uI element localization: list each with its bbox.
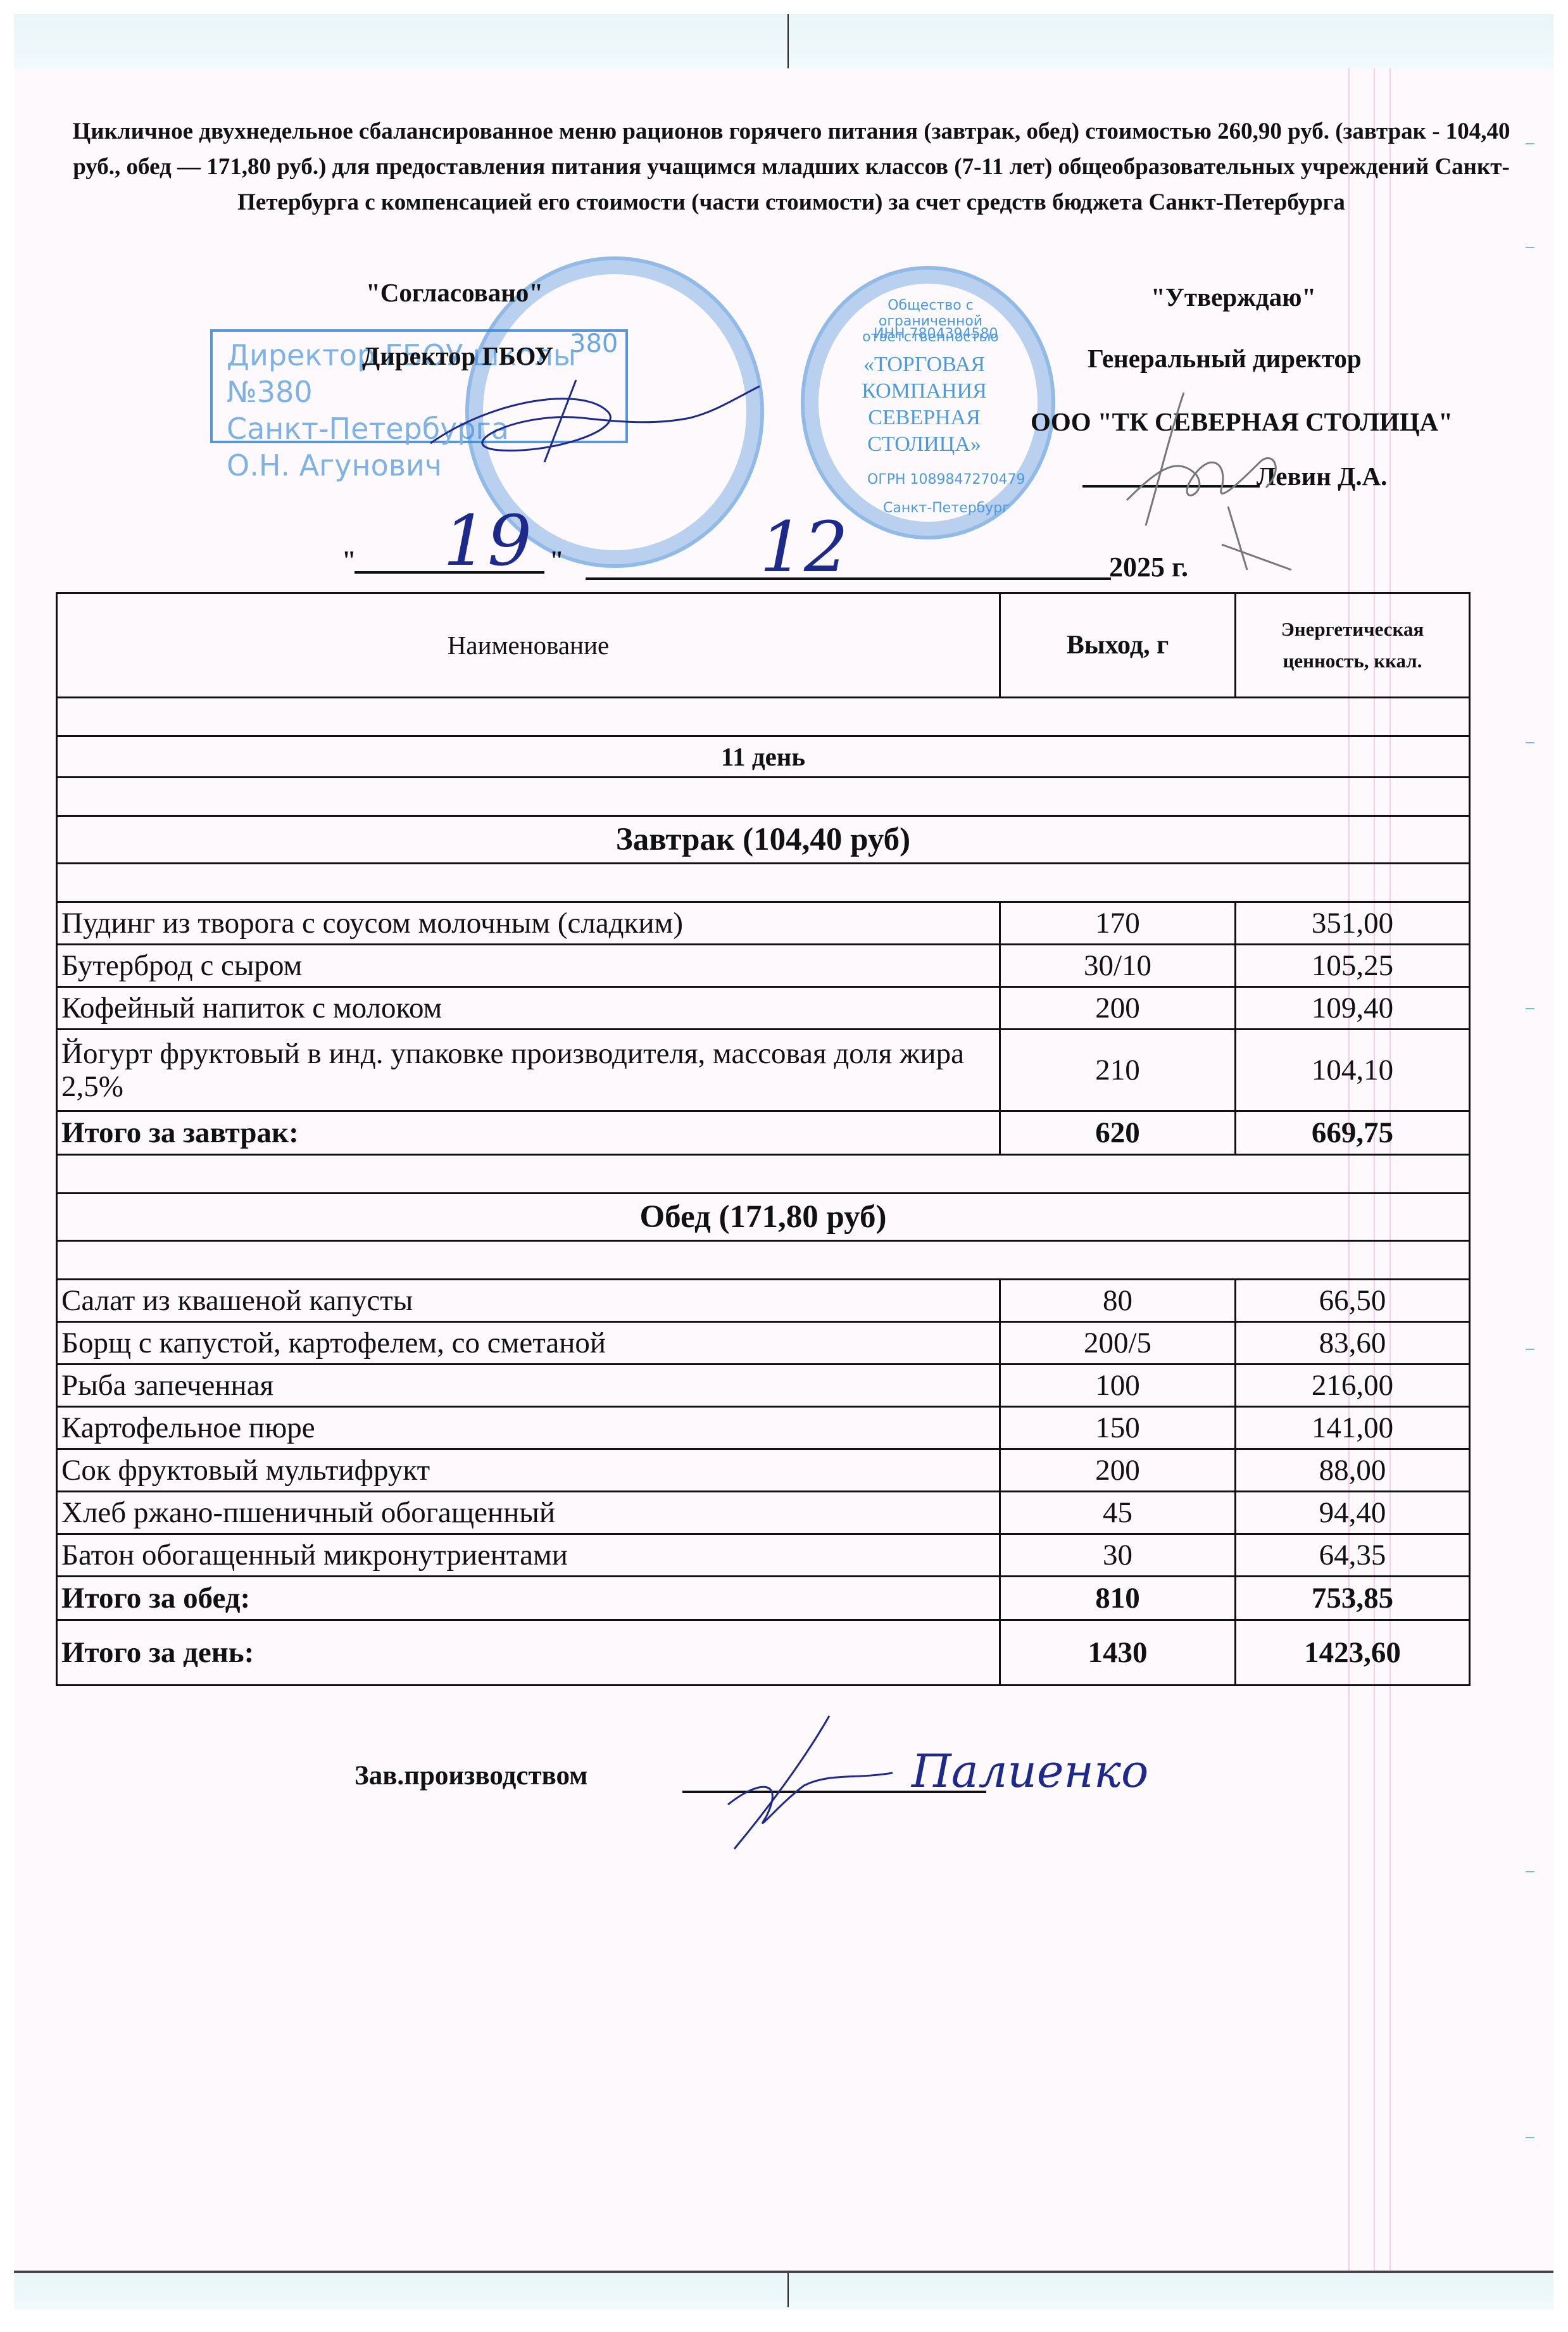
scan-border-top [14, 14, 1553, 68]
table-row: Йогурт фруктовый в инд. упаковке произво… [57, 1030, 1470, 1111]
margin-mark [1526, 1871, 1534, 1872]
dish-yield: 200 [1000, 1449, 1236, 1492]
dish-name: Кофейный напиток с молоком [57, 987, 1000, 1030]
dish-name: Картофельное пюре [57, 1407, 1000, 1449]
menu-table: Наименование Выход, г Энергетическая цен… [56, 592, 1471, 1686]
margin-mark [1526, 2137, 1534, 2138]
section-lunch-row: Обед (171,80 руб) [57, 1194, 1470, 1241]
total-yield: 810 [1000, 1577, 1236, 1620]
dish-kcal: 83,60 [1236, 1322, 1470, 1365]
dish-yield: 200 [1000, 987, 1236, 1030]
margin-mark [1526, 1349, 1534, 1350]
dish-kcal: 88,00 [1236, 1449, 1470, 1492]
dish-name: Борщ с капустой, картофелем, со сметаной [57, 1322, 1000, 1365]
dish-name: Батон обогащенный микронутриентами [57, 1534, 1000, 1577]
table-row: Борщ с капустой, картофелем, со сметаной… [57, 1322, 1470, 1365]
section-title: Обед (171,80 руб) [57, 1194, 1470, 1241]
seal-company-name: «ТОРГОВАЯ КОМПАНИЯ СЕВЕРНАЯ СТОЛИЦА» [858, 351, 991, 458]
date-year: 2025 г. [1109, 551, 1188, 583]
spacer-row [57, 698, 1470, 736]
table-row: Картофельное пюре 150 141,00 [57, 1407, 1470, 1449]
table-row: Сок фруктовый мультифрукт 200 88,00 [57, 1449, 1470, 1492]
agreed-position: Директор ГБОУ [362, 341, 553, 371]
dish-yield: 100 [1000, 1365, 1236, 1407]
header-name: Наименование [57, 593, 1000, 698]
seal-inn: ИНН 7804394580 [874, 326, 998, 342]
dish-name: Бутерброд с сыром [57, 945, 1000, 987]
dish-name: Рыба запеченная [57, 1365, 1000, 1407]
day-row: 11 день [57, 736, 1470, 778]
breakfast-total-row: Итого за завтрак: 620 669,75 [57, 1111, 1470, 1155]
margin-mark [1526, 1008, 1534, 1009]
total-label: Итого за обед: [57, 1577, 1000, 1620]
dish-yield: 200/5 [1000, 1322, 1236, 1365]
date-month: 12 [760, 507, 848, 588]
seal-name-line: СЕВЕРНАЯ [858, 405, 991, 431]
lunch-total-row: Итого за обед: 810 753,85 [57, 1577, 1470, 1620]
director-signature [418, 374, 772, 469]
dish-name: Салат из квашеной капусты [57, 1280, 1000, 1322]
dish-kcal: 351,00 [1236, 902, 1470, 945]
dish-name: Пудинг из творога с соусом молочным (сла… [57, 902, 1000, 945]
total-kcal: 753,85 [1236, 1577, 1470, 1620]
spacer-row [57, 778, 1470, 816]
scan-fold-line-bottom [787, 2273, 789, 2307]
date-close-quote: " [549, 545, 564, 575]
header-yield: Выход, г [1000, 593, 1236, 698]
table-row: Бутерброд с сыром 30/10 105,25 [57, 945, 1470, 987]
dish-kcal: 66,50 [1236, 1280, 1470, 1322]
document-title: Цикличное двухнедельное сбалансированное… [63, 114, 1519, 220]
total-yield: 620 [1000, 1111, 1236, 1155]
day-label: 11 день [57, 736, 1470, 778]
spacer-row [57, 1241, 1470, 1280]
seal-number: 380 [570, 329, 618, 358]
table-row: Кофейный напиток с молоком 200 109,40 [57, 987, 1470, 1030]
header-energy: Энергетическая ценность, ккал. [1236, 593, 1470, 698]
date-month-line [586, 577, 1111, 580]
section-title: Завтрак (104,40 руб) [57, 816, 1470, 864]
table-row: Батон обогащенный микронутриентами 30 64… [57, 1534, 1470, 1577]
production-manager-label: Зав.производством [354, 1760, 587, 1791]
approved-position: Генеральный директор [1088, 343, 1362, 374]
total-yield: 1430 [1000, 1620, 1236, 1686]
production-manager-signature: Палиенко [912, 1744, 1148, 1798]
table-row: Рыба запеченная 100 216,00 [57, 1365, 1470, 1407]
dish-yield: 150 [1000, 1407, 1236, 1449]
dish-yield: 80 [1000, 1280, 1236, 1322]
dish-yield: 30 [1000, 1534, 1236, 1577]
spacer-row [57, 864, 1470, 902]
dish-name: Хлеб ржано-пшеничный обогащенный [57, 1492, 1000, 1534]
total-kcal: 669,75 [1236, 1111, 1470, 1155]
table-row: Салат из квашеной капусты 80 66,50 [57, 1280, 1470, 1322]
margin-mark [1526, 742, 1534, 743]
dish-yield: 30/10 [1000, 945, 1236, 987]
dish-kcal: 64,35 [1236, 1534, 1470, 1577]
date-day: 19 [443, 500, 532, 581]
approved-heading: "Утверждаю" [1151, 282, 1316, 312]
total-label: Итого за день: [57, 1620, 1000, 1686]
seal-name-line: КОМПАНИЯ [858, 378, 991, 405]
dish-kcal: 216,00 [1236, 1365, 1470, 1407]
seal-city: Санкт-Петербург [883, 500, 1010, 516]
dish-yield: 45 [1000, 1492, 1236, 1534]
scan-fold-line-top [787, 14, 789, 68]
section-breakfast-row: Завтрак (104,40 руб) [57, 816, 1470, 864]
dish-yield: 210 [1000, 1030, 1236, 1111]
agreed-heading: "Согласовано" [366, 277, 543, 308]
dish-kcal: 104,10 [1236, 1030, 1470, 1111]
scan-border-bottom [14, 2271, 1553, 2310]
date-open-quote: " [342, 545, 356, 575]
dish-name: Йогурт фруктовый в инд. упаковке произво… [57, 1030, 1000, 1111]
total-label: Итого за завтрак: [57, 1111, 1000, 1155]
margin-mark [1526, 143, 1534, 144]
dish-kcal: 141,00 [1236, 1407, 1470, 1449]
table-row: Пудинг из творога с соусом молочным (сла… [57, 902, 1470, 945]
spacer-row [57, 1155, 1470, 1194]
dish-kcal: 94,40 [1236, 1492, 1470, 1534]
dish-kcal: 105,25 [1236, 945, 1470, 987]
margin-mark [1526, 247, 1534, 248]
seal-name-line: «ТОРГОВАЯ [858, 351, 991, 378]
seal-ogrn: ОГРН 1089847270479 [867, 472, 1025, 488]
dish-yield: 170 [1000, 902, 1236, 945]
day-total-row: Итого за день: 1430 1423,60 [57, 1620, 1470, 1686]
dish-kcal: 109,40 [1236, 987, 1470, 1030]
dish-name: Сок фруктовый мультифрукт [57, 1449, 1000, 1492]
production-manager-initial [709, 1710, 918, 1855]
total-kcal: 1423,60 [1236, 1620, 1470, 1686]
table-header-row: Наименование Выход, г Энергетическая цен… [57, 593, 1470, 698]
table-row: Хлеб ржано-пшеничный обогащенный 45 94,4… [57, 1492, 1470, 1534]
seal-name-line: СТОЛИЦА» [858, 431, 991, 458]
